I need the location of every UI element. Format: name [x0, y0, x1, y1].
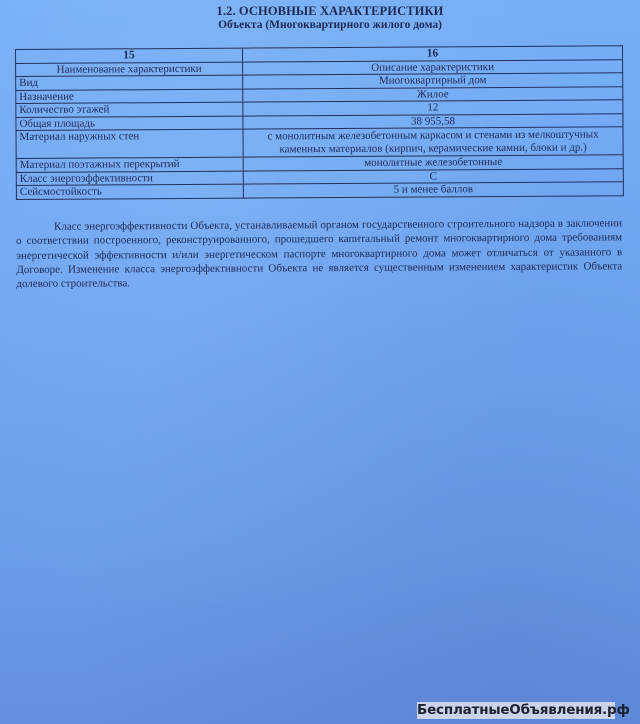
- characteristic-name: Сейсмостойкость: [16, 184, 243, 199]
- column-number: 15: [16, 48, 243, 63]
- characteristic-name: Материал поэтажных перекрытий: [16, 157, 243, 172]
- characteristic-name: Вид: [16, 75, 243, 90]
- characteristic-value: с монолитным железобетонным каркасом и с…: [243, 127, 623, 157]
- characteristic-value: 5 и менее баллов: [243, 182, 623, 198]
- characteristic-name: Назначение: [16, 89, 243, 104]
- characteristic-name: Общая площадь: [16, 116, 243, 131]
- section-heading: 1.2. ОСНОВНЫЕ ХАРАКТЕРИСТИКИ Объекта (Мн…: [0, 4, 640, 32]
- characteristic-name: Количество этажей: [16, 102, 243, 117]
- section-subtitle: Объекта (Многоквартирного жилого дома): [20, 18, 640, 32]
- table-row: Материал наружных стен с монолитным желе…: [16, 127, 623, 159]
- energy-class-note: Класс энергоэффективности Объекта, устан…: [16, 216, 622, 291]
- characteristic-name: Материал наружных стен: [16, 129, 243, 158]
- site-watermark: БесплатныеОбъявления.рф: [417, 702, 615, 719]
- section-title: 1.2. ОСНОВНЫЕ ХАРАКТЕРИСТИКИ: [20, 4, 640, 18]
- characteristic-name: Класс энергоэффективности: [16, 171, 243, 186]
- characteristics-table: 15 16 Наименование характеристики Описан…: [15, 45, 624, 199]
- column-header: Наименование характеристики: [16, 62, 243, 77]
